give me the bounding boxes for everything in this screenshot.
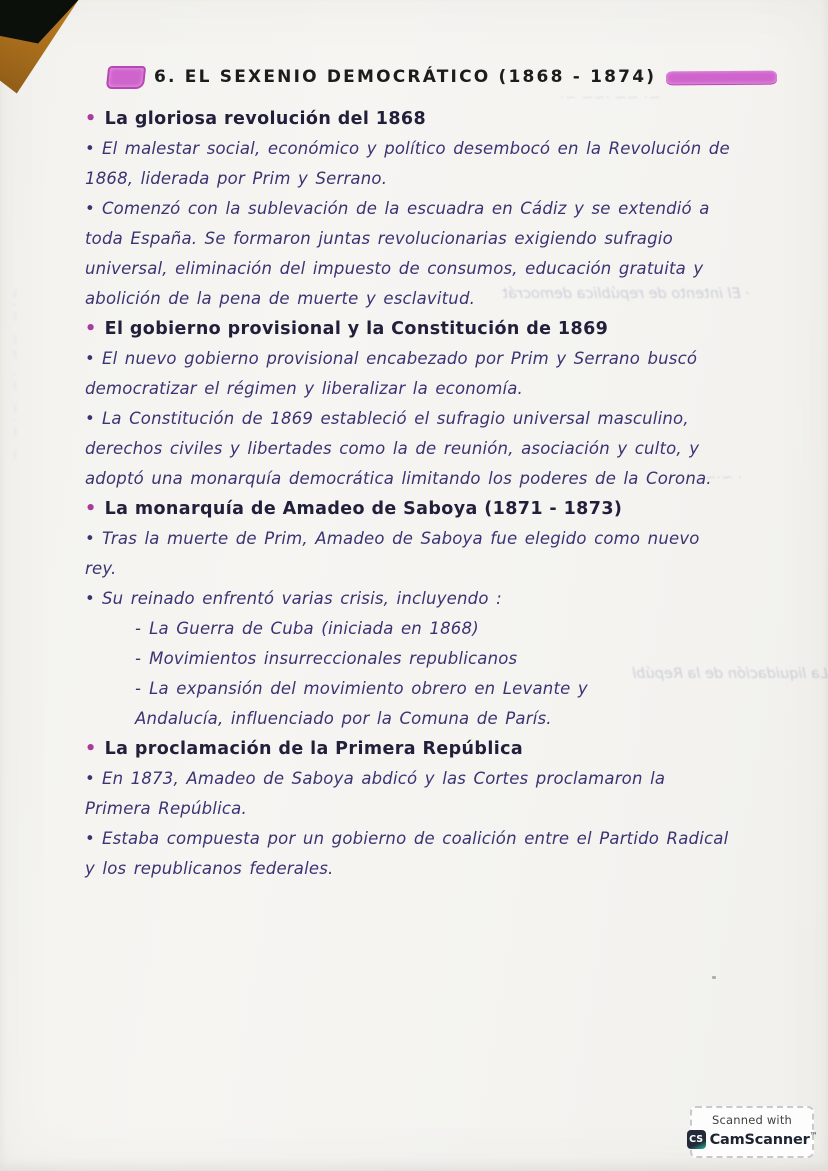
section-heading-text: El gobierno provisional y la Constitució…	[105, 319, 609, 339]
section-heading: •La monarquía de Amadeo de Saboya (1871 …	[85, 494, 735, 524]
note-paragraph: •El malestar social, económico y polític…	[85, 134, 735, 194]
note-text: La Guerra de Cuba (iniciada en 1868)	[149, 619, 479, 638]
note-text: En 1873, Amadeo de Saboya abdicó y las C…	[85, 769, 665, 818]
bullet-dot-icon: •	[85, 319, 97, 339]
dash-icon: -	[135, 649, 141, 668]
section-heading-text: La proclamación de la Primera República	[105, 739, 524, 759]
section-heading: •El gobierno provisional y la Constituci…	[85, 314, 735, 344]
note-paragraph: •Comenzó con la sublevación de la escuad…	[85, 194, 735, 314]
note-paragraph: •El nuevo gobierno provisional encabezad…	[85, 344, 735, 404]
highlighter-blob-icon	[106, 66, 146, 89]
dash-icon: -	[135, 679, 141, 698]
camscanner-logo-icon: CS	[687, 1130, 706, 1149]
note-text: Tras la muerte de Prim, Amadeo de Saboya…	[85, 529, 700, 578]
ink-speck-artifact	[712, 976, 716, 979]
section-heading-text: La monarquía de Amadeo de Saboya (1871 -…	[105, 499, 623, 519]
note-subitem: -La Guerra de Cuba (iniciada en 1868)	[85, 614, 735, 644]
bullet-dot-icon: •	[85, 739, 97, 759]
bullet-dot-icon: •	[85, 499, 97, 519]
camscanner-watermark: Scanned with CS CamScanner™	[690, 1106, 814, 1158]
note-text: El malestar social, económico y político…	[85, 139, 730, 188]
camscanner-name-text: CamScanner	[710, 1132, 810, 1148]
note-paragraph: •Tras la muerte de Prim, Amadeo de Saboy…	[85, 524, 735, 584]
section-heading: •La proclamación de la Primera República	[85, 734, 735, 764]
bullet-dot-icon: •	[85, 589, 95, 608]
bleed-through-margin-marks: ~·~ ~~ ·~ ~·~ ~	[8, 288, 34, 578]
note-text: El nuevo gobierno provisional encabezado…	[85, 349, 697, 398]
note-content: 6. EL SEXENIO DEMOCRÁTICO (1868 - 1874) …	[85, 64, 735, 884]
note-text: Comenzó con la sublevación de la escuadr…	[85, 199, 710, 308]
note-paragraph: •Estaba compuesta por un gobierno de coa…	[85, 824, 735, 884]
bullet-dot-icon: •	[85, 109, 97, 129]
bullet-dot-icon: •	[85, 199, 95, 218]
scanned-with-label: Scanned with	[696, 1113, 808, 1127]
note-paragraph: •La Constitución de 1869 estableció el s…	[85, 404, 735, 494]
bullet-dot-icon: •	[85, 409, 95, 428]
page-title: 6. EL SEXENIO DEMOCRÁTICO (1868 - 1874)	[154, 67, 656, 87]
note-text: Su reinado enfrentó varias crisis, inclu…	[102, 589, 502, 608]
bullet-dot-icon: •	[85, 529, 95, 548]
note-subitem: -Movimientos insurreccionales republican…	[85, 644, 735, 674]
camscanner-logo-row: CS CamScanner™	[696, 1130, 808, 1149]
section-heading-text: La gloriosa revolución del 1868	[105, 109, 427, 129]
bullet-dot-icon: •	[85, 139, 95, 158]
bullet-dot-icon: •	[85, 829, 95, 848]
page-header: 6. EL SEXENIO DEMOCRÁTICO (1868 - 1874)	[85, 64, 777, 90]
bullet-dot-icon: •	[85, 349, 95, 368]
note-text: Movimientos insurreccionales republicano…	[149, 649, 517, 668]
note-text: La Constitución de 1869 estableció el su…	[85, 409, 712, 488]
note-paragraph: •Su reinado enfrentó varias crisis, incl…	[85, 584, 735, 614]
highlighter-stroke-icon	[666, 70, 777, 84]
scanned-note-page: 6. EL SEXENIO DEMOCRÁTICO (1868 - 1874) …	[0, 0, 828, 1171]
section-heading: •La gloriosa revolución del 1868	[85, 104, 735, 134]
note-paragraph: •En 1873, Amadeo de Saboya abdicó y las …	[85, 764, 735, 824]
trademark-symbol: ™	[810, 1131, 818, 1140]
note-subitem: -La expansión del movimiento obrero en L…	[85, 674, 735, 734]
note-text: Estaba compuesta por un gobierno de coal…	[85, 829, 728, 878]
dash-icon: -	[135, 619, 141, 638]
camscanner-name: CamScanner™	[710, 1131, 818, 1148]
note-text: La expansión del movimiento obrero en Le…	[135, 679, 588, 728]
bullet-dot-icon: •	[85, 769, 95, 788]
